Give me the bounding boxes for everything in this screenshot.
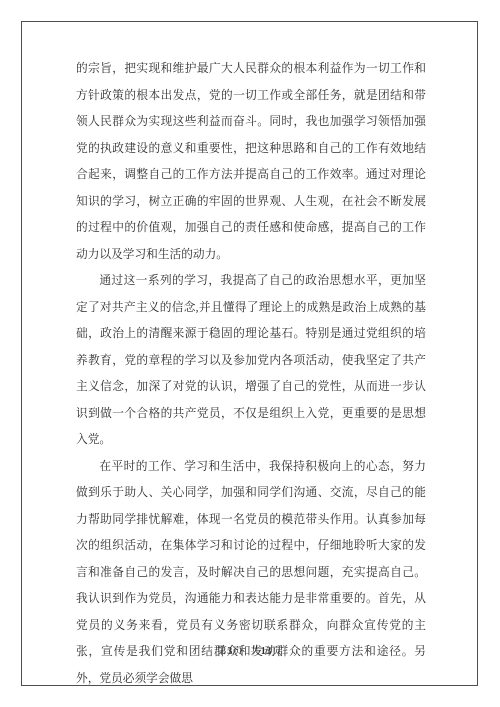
page-footer: 第3页共13页 (22, 642, 477, 657)
footer-page-prefix: 第 (217, 646, 228, 657)
document-sheet: 的宗旨，把实现和维护最广大人民群众的根本利益作为一切工作和方针政策的根本出发点，… (0, 0, 500, 707)
footer-page-suffix: 页 (233, 646, 244, 657)
footer-total-prefix: 共 (250, 646, 261, 657)
page-border: 的宗旨，把实现和维护最广大人民群众的根本利益作为一切工作和方针政策的根本出发点，… (21, 21, 478, 686)
paragraph: 通过这一系列的学习，我提高了自己的政治思想水平，更加坚定了对共产主义的信念,并且… (76, 268, 426, 454)
document-body: 的宗旨，把实现和维护最广大人民群众的根本利益作为一切工作和方针政策的根本出发点，… (76, 56, 426, 692)
footer-total-suffix: 页 (272, 646, 283, 657)
paragraph: 的宗旨，把实现和维护最广大人民群众的根本利益作为一切工作和方针政策的根本出发点，… (76, 56, 426, 268)
footer-total-pages: 13 (261, 646, 272, 657)
